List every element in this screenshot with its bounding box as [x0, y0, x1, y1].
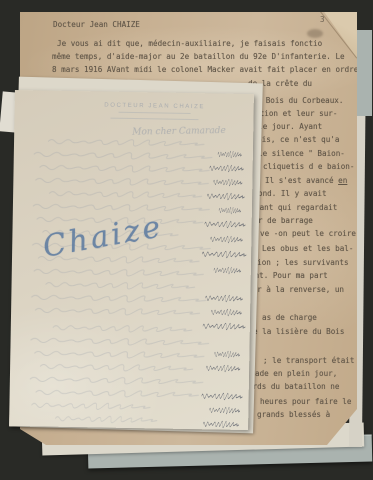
letterhead-rule: [119, 112, 191, 114]
typed-line: Je vous ai dit que, médecin-auxiliaire, …: [57, 39, 322, 49]
typed-line: as de charge: [262, 313, 317, 323]
photo-stage: Docteur Jean CHAIZE 3 Je vous ai dit que…: [0, 0, 373, 480]
typed-line: Il s'est avancé en: [265, 176, 347, 186]
typed-line: ade en plein jour,: [255, 369, 337, 379]
typed-line: ber à la renverse, un: [248, 285, 344, 295]
typed-line: du Bois du Corbeaux.: [252, 96, 343, 106]
typed-line: ards du bataillon ne: [248, 382, 339, 392]
typed-line: grands blessés à: [257, 410, 330, 420]
typed-line: e la lisière du Bois: [253, 327, 344, 337]
letterhead-rule: [110, 118, 198, 121]
typed-line: 8 mars 1916 AVant midi le colonel Macker…: [52, 65, 358, 75]
typed-line: le silence " Baion-: [258, 149, 345, 159]
ink-line-endings: [179, 141, 254, 432]
typed-line: ent. Pour ma part: [250, 271, 328, 281]
typed-line: vant qui regardait: [255, 203, 337, 213]
typed-line: ond. Il y avait: [258, 189, 327, 199]
handwritten-letter-overlay: DOCTEUR JEAN CHAIZE Mon cher Camarade: [9, 90, 254, 430]
typed-line: même temps, d'aide-major au 2e bataillon…: [52, 52, 345, 62]
letterhead: DOCTEUR JEAN CHAIZE: [95, 102, 215, 110]
typed-line: rçois, ce n'est qu'a: [248, 135, 339, 145]
typed-line: ve -on peut le croire-: [260, 229, 361, 239]
typed-line: r de barrage: [258, 216, 313, 226]
typed-line: Les obus et les bal-: [262, 244, 353, 254]
paper-bluegray-right-tab: [356, 30, 372, 116]
letter-greeting: Mon cher Camarade: [132, 126, 226, 138]
typed-line: heures pour faire le: [260, 397, 351, 407]
typed-line: cliquetis d e baion-: [263, 162, 354, 172]
typed-line: ; le transport était: [263, 356, 354, 366]
typed-line: ption ; les survivants: [248, 258, 349, 268]
